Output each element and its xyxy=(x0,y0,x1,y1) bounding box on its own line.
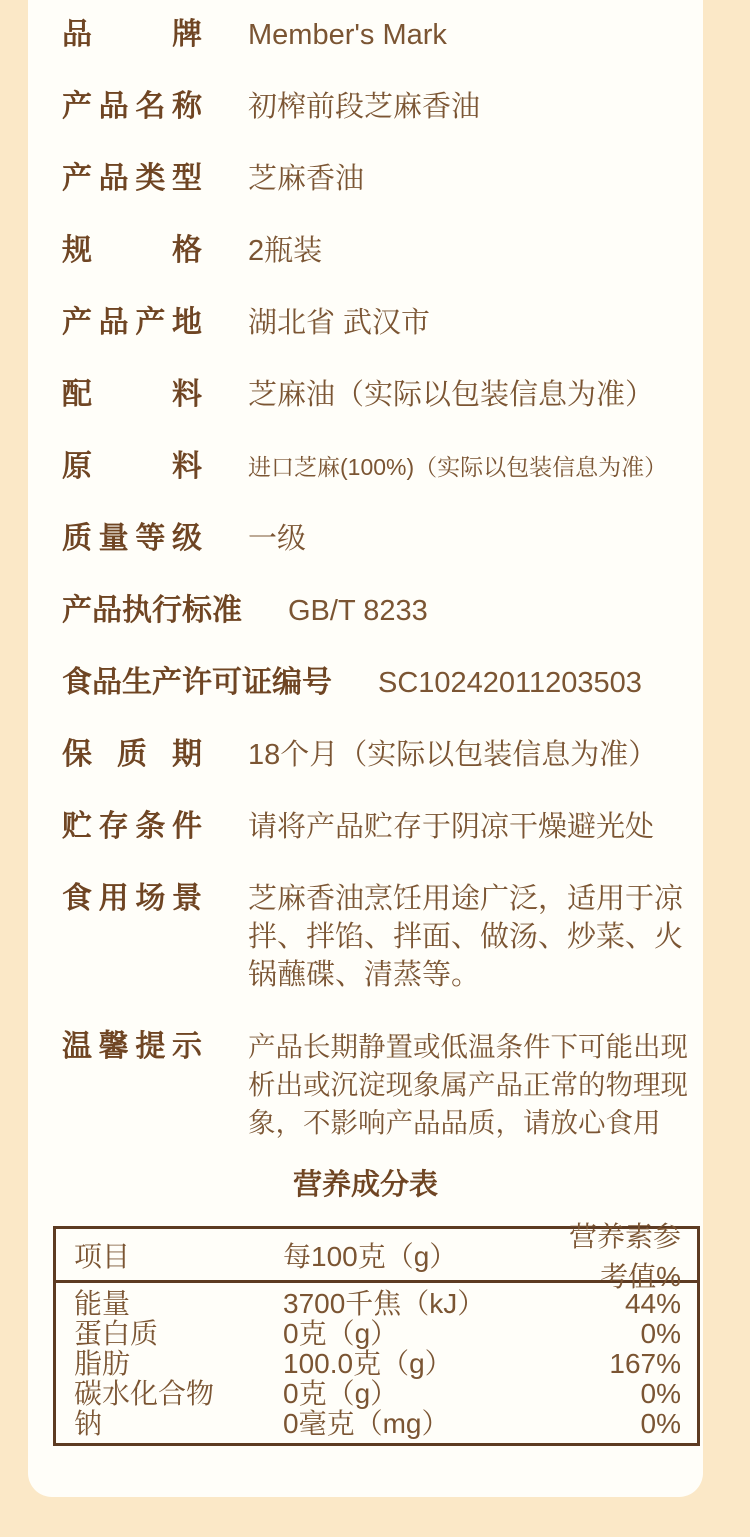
spec-value: GB/T 8233 xyxy=(288,592,690,630)
spec-value: 请将产品贮存于阴凉干燥避光处 xyxy=(248,808,690,846)
spec-value: Member's Mark xyxy=(248,16,690,54)
nutrition-header-item: 项目 xyxy=(56,1235,283,1275)
spec-value: 产品长期静置或低温条件下可能出现析出或沉淀现象属产品正常的物理现象，不影响产品品… xyxy=(248,1028,690,1142)
nutrition-title: 营养成分表 xyxy=(28,1166,703,1204)
spec-row: 食用场景芝麻香油烹饪用途广泛，适用于凉拌、拌馅、拌面、做汤、炒菜、火锅蘸碟、清蒸… xyxy=(62,880,690,994)
spec-list: 品牌Member's Mark产品名称初榨前段芝麻香油产品类型芝麻香油规格2瓶装… xyxy=(28,0,703,1142)
spec-row: 贮存条件请将产品贮存于阴凉干燥避光处 xyxy=(62,808,690,846)
spec-label: 产品产地 xyxy=(62,304,202,342)
spec-value: 进口芝麻(100%)（实际以包装信息为准） xyxy=(248,448,690,486)
spec-value: 2瓶装 xyxy=(248,232,690,270)
spec-value: 18个月（实际以包装信息为准） xyxy=(248,736,690,774)
nutrition-item-nrv: 0% xyxy=(543,1379,697,1409)
nutrition-row: 能量3700千焦（kJ）44% xyxy=(56,1289,697,1319)
spec-value: 一级 xyxy=(248,520,690,558)
spec-value: 芝麻香油 xyxy=(248,160,690,198)
nutrition-row: 碳水化合物0克（g）0% xyxy=(56,1379,697,1409)
nutrition-item-per-100g: 0克（g） xyxy=(283,1379,543,1409)
spec-label: 温馨提示 xyxy=(62,1028,202,1066)
spec-row: 产品执行标准GB/T 8233 xyxy=(62,592,690,630)
spec-label: 配料 xyxy=(62,376,202,414)
spec-row: 原料进口芝麻(100%)（实际以包装信息为准） xyxy=(62,448,690,486)
nutrition-item-nrv: 44% xyxy=(543,1289,697,1319)
nutrition-item-name: 碳水化合物 xyxy=(56,1379,283,1409)
nutrition-item-nrv: 0% xyxy=(543,1319,697,1349)
spec-row: 温馨提示产品长期静置或低温条件下可能出现析出或沉淀现象属产品正常的物理现象，不影… xyxy=(62,1028,690,1142)
spec-label: 食用场景 xyxy=(62,880,202,918)
nutrition-row: 钠0毫克（mg）0% xyxy=(56,1409,697,1439)
spec-row: 产品名称初榨前段芝麻香油 xyxy=(62,88,690,126)
spec-row: 保质期18个月（实际以包装信息为准） xyxy=(62,736,690,774)
spec-row: 品牌Member's Mark xyxy=(62,16,690,54)
spec-label: 贮存条件 xyxy=(62,808,202,846)
nutrition-item-per-100g: 3700千焦（kJ） xyxy=(283,1289,543,1319)
spec-row: 产品产地湖北省 武汉市 xyxy=(62,304,690,342)
spec-label: 品牌 xyxy=(62,16,202,54)
nutrition-item-name: 能量 xyxy=(56,1289,283,1319)
nutrition-row: 脂肪100.0克（g）167% xyxy=(56,1349,697,1379)
nutrition-item-nrv: 0% xyxy=(543,1409,697,1439)
nutrition-header-per-100g: 每100克（g） xyxy=(283,1235,543,1275)
spec-label: 原料 xyxy=(62,448,202,486)
spec-value: 芝麻油（实际以包装信息为准） xyxy=(248,376,690,414)
spec-label: 保质期 xyxy=(62,736,202,774)
spec-value: 芝麻香油烹饪用途广泛，适用于凉拌、拌馅、拌面、做汤、炒菜、火锅蘸碟、清蒸等。 xyxy=(248,880,690,994)
nutrition-item-name: 脂肪 xyxy=(56,1349,283,1379)
spec-label: 食品生产许可证编号 xyxy=(62,664,332,702)
spec-row: 食品生产许可证编号SC10242011203503 xyxy=(62,664,690,702)
nutrition-table-header: 项目 每100克（g） 营养素参考值% xyxy=(56,1229,697,1283)
nutrition-table-body: 能量3700千焦（kJ）44%蛋白质0克（g）0%脂肪100.0克（g）167%… xyxy=(56,1283,697,1443)
nutrition-item-per-100g: 0克（g） xyxy=(283,1319,543,1349)
nutrition-item-name: 蛋白质 xyxy=(56,1319,283,1349)
nutrition-table: 项目 每100克（g） 营养素参考值% 能量3700千焦（kJ）44%蛋白质0克… xyxy=(53,1226,700,1446)
nutrition-item-per-100g: 0毫克（mg） xyxy=(283,1409,543,1439)
spec-value: SC10242011203503 xyxy=(378,664,690,702)
nutrition-item-per-100g: 100.0克（g） xyxy=(283,1349,543,1379)
spec-row: 产品类型芝麻香油 xyxy=(62,160,690,198)
spec-row: 配料芝麻油（实际以包装信息为准） xyxy=(62,376,690,414)
spec-label: 产品名称 xyxy=(62,88,202,126)
nutrition-row: 蛋白质0克（g）0% xyxy=(56,1319,697,1349)
nutrition-item-nrv: 167% xyxy=(543,1349,697,1379)
product-spec-panel: 品牌Member's Mark产品名称初榨前段芝麻香油产品类型芝麻香油规格2瓶装… xyxy=(28,0,703,1497)
spec-row: 质量等级一级 xyxy=(62,520,690,558)
spec-label: 产品类型 xyxy=(62,160,202,198)
spec-value: 湖北省 武汉市 xyxy=(248,304,690,342)
spec-row: 规格2瓶装 xyxy=(62,232,690,270)
nutrition-header-nrv-percent: 营养素参考值% xyxy=(543,1215,697,1295)
spec-label: 产品执行标准 xyxy=(62,592,242,630)
spec-label: 规格 xyxy=(62,232,202,270)
spec-label: 质量等级 xyxy=(62,520,202,558)
spec-value: 初榨前段芝麻香油 xyxy=(248,88,690,126)
nutrition-item-name: 钠 xyxy=(56,1409,283,1439)
